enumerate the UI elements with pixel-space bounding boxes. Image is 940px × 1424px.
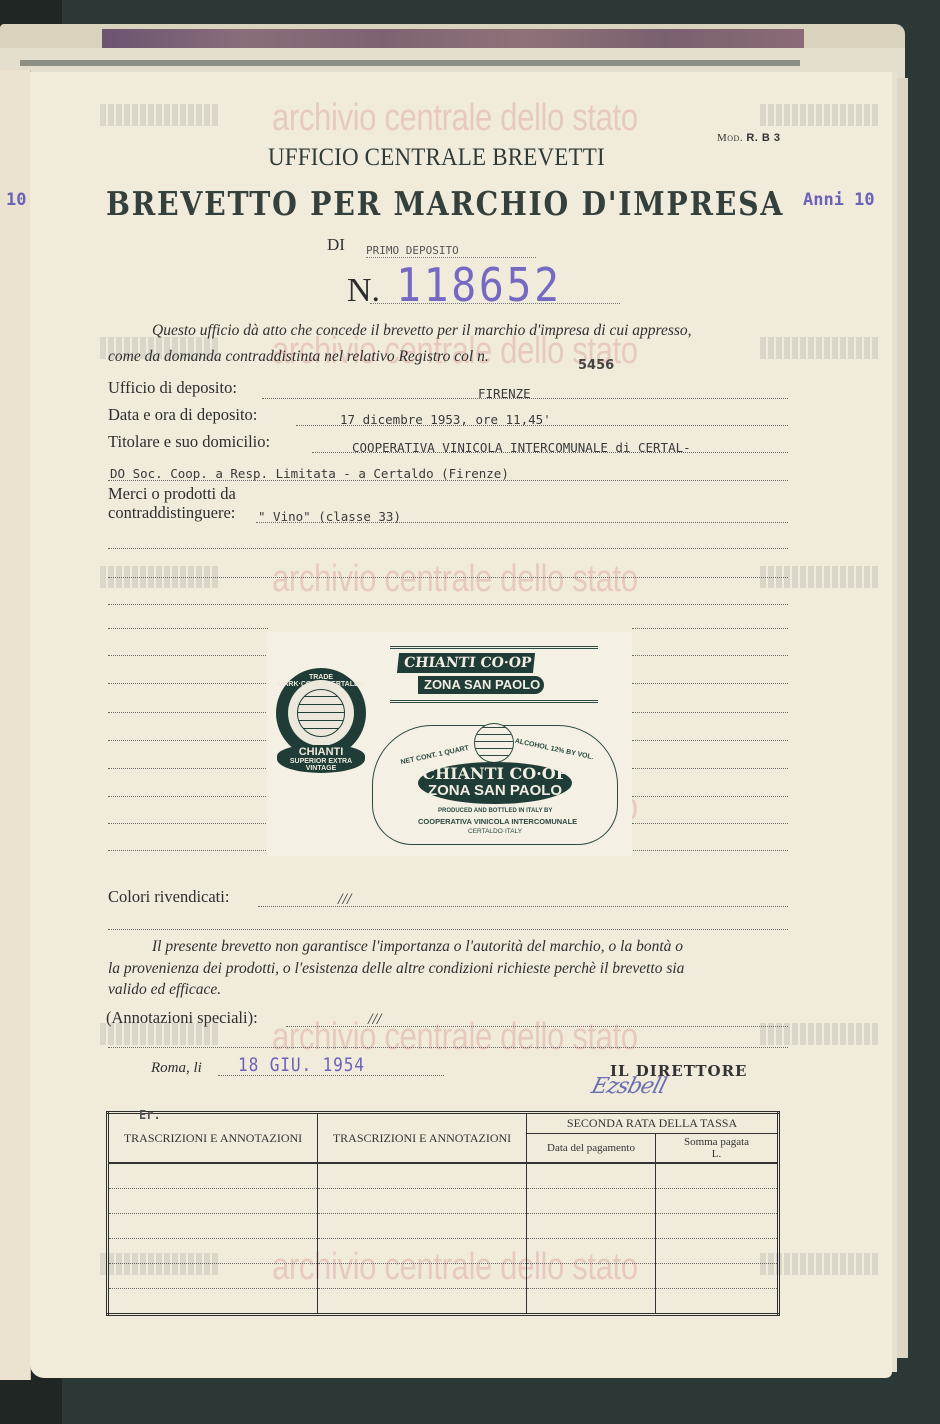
left-page-margin [0, 70, 31, 1380]
producer-text: COOPERATIVA VINICOLA INTERCOMUNALE [418, 817, 577, 826]
dotted-line [632, 683, 788, 684]
cartouche-title: CHIANTI CO·OP ZONA SAN PAOLO [418, 762, 572, 804]
model-code: Mod. R. B 3 [717, 132, 781, 144]
dotted-line [108, 796, 268, 797]
table-row [108, 1289, 779, 1315]
seal-ring-text: TRADE MARK·CO·OP·CERTALDO [276, 674, 366, 688]
patent-number-stamp: 118652 [396, 258, 562, 312]
dotted-line [108, 655, 268, 656]
watermark-bars [760, 337, 880, 359]
field-label-merci: Merci o prodotti da [108, 484, 236, 504]
book-page-stack-line [20, 60, 800, 66]
column-header-date: Data del pagamento [527, 1134, 656, 1164]
dotted-line [632, 655, 788, 656]
dotted-line [108, 628, 268, 629]
dotted-line [286, 1026, 788, 1027]
field-value-titolare-1: COOPERATIVA VINICOLA INTERCOMUNALE di CE… [352, 440, 691, 455]
globe-icon [297, 689, 345, 737]
dotted-line [108, 1047, 788, 1048]
colors-value: /// [338, 891, 351, 909]
dotted-line [632, 740, 788, 741]
field-label-titolare: Titolare e suo domicilio: [108, 432, 270, 452]
annotations-value: /// [368, 1011, 381, 1029]
field-label-ufficio: Ufficio di deposito: [108, 378, 237, 398]
archive-watermark: archivio centrale dello stato [272, 1016, 638, 1059]
watermark-bars [760, 104, 880, 126]
field-value-titolare-2: DO Soc. Coop. a Resp. Limitata - a Certa… [110, 466, 509, 481]
director-signature: Ezsbell [589, 1074, 669, 1099]
dotted-line [108, 548, 788, 549]
dotted-line [108, 604, 788, 605]
dotted-line [108, 577, 788, 578]
colors-label: Colori rivendicati: [108, 887, 229, 907]
table-row [108, 1189, 779, 1214]
banner-rule [390, 646, 598, 649]
left-page-stamp: 10 [6, 190, 26, 210]
banner-rule [390, 700, 598, 703]
field-value-merci: " Vino" (classe 33) [258, 509, 401, 524]
di-label: DI [327, 235, 345, 255]
banner-zona: ZONA SAN PAOLO [418, 676, 544, 694]
er-mark: Er. [139, 1108, 161, 1122]
disclaimer-line3: valido ed efficace. [108, 981, 221, 999]
watermark-bars [100, 104, 220, 126]
register-number: 5456 [578, 358, 614, 373]
field-value-ufficio: FIRENZE [478, 386, 531, 401]
number-label: N. [347, 272, 380, 310]
dotted-line [632, 796, 788, 797]
dotted-line [108, 823, 268, 824]
archive-watermark: archivio centrale dello stato [272, 558, 638, 601]
table-row [108, 1239, 779, 1264]
intro-text-line2: come da domanda contraddistinta nel rela… [108, 348, 489, 366]
dotted-line [108, 740, 268, 741]
years-stamp: Anni 10 [803, 190, 875, 210]
document-title: BREVETTO PER MARCHIO D'IMPRESA [106, 184, 784, 223]
field-value-data: 17 dicembre 1953, ore 11,45' [340, 412, 551, 427]
column-header: TRASCRIZIONI E ANNOTAZIONI [318, 1113, 527, 1164]
dotted-line [108, 929, 788, 930]
place-text: CERTALDO·ITALY [468, 828, 522, 835]
disclaimer-line2: la provenienza dei prodotti, o l'esisten… [108, 960, 684, 978]
annotations-label: (Annotazioni speciali): [106, 1008, 258, 1028]
office-heading: UFFICIO CENTRALE BREVETTI [268, 144, 605, 172]
table-row [108, 1214, 779, 1239]
book-marbled-edge [102, 29, 804, 49]
place-label: Roma, li [151, 1060, 202, 1077]
register-table: TRASCRIZIONI E ANNOTAZIONI TRASCRIZIONI … [106, 1111, 780, 1316]
field-label-contraddistinguere: contraddistinguere: [108, 503, 235, 523]
disclaimer-line1: Il presente brevetto non garantisce l'im… [152, 938, 683, 956]
globe-icon [474, 723, 514, 763]
deposit-type: PRIMO DEPOSITO [366, 244, 536, 258]
archive-watermark: archivio centrale dello stato [272, 97, 638, 140]
produced-text: PRODUCED AND BOTTLED IN ITALY BY [438, 808, 552, 814]
group-header: SECONDA RATA DELLA TASSA [527, 1113, 779, 1134]
dotted-line [108, 683, 268, 684]
column-header-amount: Somma pagataL. [656, 1134, 779, 1164]
dotted-line [108, 768, 268, 769]
seal-badge: CHIANTI SUPERIOR EXTRA VINTAGE [277, 745, 365, 773]
banner-chianti: CHIANTI CO·OP [397, 653, 535, 673]
dotted-line [632, 628, 788, 629]
dotted-line [632, 823, 788, 824]
date-stamp: 18 GIU. 1954 [238, 1054, 365, 1076]
dotted-line [632, 712, 788, 713]
field-label-data: Data e ora di deposito: [108, 405, 257, 425]
dotted-line [632, 768, 788, 769]
dotted-line [108, 712, 268, 713]
table-row [108, 1163, 779, 1189]
table-row [108, 1264, 779, 1289]
intro-text-line1: Questo ufficio dà atto che concede il br… [152, 322, 692, 340]
